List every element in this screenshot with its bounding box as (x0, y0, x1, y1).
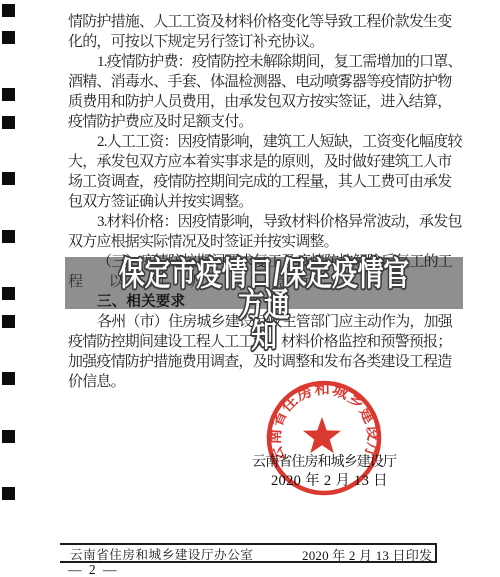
body-line: 加强疫情防护措施费用调查，及时调整和发布各类建设工程造 (68, 352, 458, 372)
watermark-line-2: 知 (109, 320, 419, 351)
scan-artifact-mark (2, 172, 15, 185)
body-line: 3.材料价格：因疫情影响，导致材料价格异常波动，承发包 (68, 212, 458, 232)
body-line: 质费用和防护人员费用，由承发包双方按实签证，进入结算， (68, 92, 458, 112)
scan-artifact-mark (2, 372, 15, 385)
body-line: 场工资调查，疫情防控期间完成的工程量，其人工费可由承发 (68, 172, 458, 192)
scan-artifact-mark (2, 287, 15, 300)
page-number: — 2 — (68, 562, 119, 577)
body-line: 疫情防护费应及时足额支付。 (68, 112, 458, 132)
body-line: 双方应根据实际情况及时签证并按实调整。 (68, 232, 458, 252)
body-line: 1.疫情防护费：疫情防控未解除期间，复工需增加的口罩、 (68, 52, 458, 72)
scan-artifact-mark (2, 88, 15, 101)
scan-artifact-mark (2, 315, 15, 328)
scanned-document-page: 情防护措施、人工工资及材料价格变化等导致工程价款发生变化的，可按以下规定另行签订… (0, 0, 500, 577)
body-line: 情防护措施、人工工资及材料价格变化等导致工程价款发生变 (68, 12, 458, 32)
scan-artifact-mark (2, 430, 15, 443)
star-icon (303, 417, 341, 453)
footer-rule-right-tick (435, 543, 437, 562)
body-line: 化的，可按以下规定另行签订补充协议。 (68, 32, 458, 52)
watermark-line-1: 保定市疫情日/保定疫情官方通 (109, 258, 419, 320)
body-line: 大，承发包双方应本着实事求是的原则，及时做好建筑工人市 (68, 152, 458, 172)
watermark-overlay: 保定市疫情日/保定疫情官方通 知 (109, 258, 419, 351)
body-line: 酒精、消毒水、手套、体温检测器、电动喷雾器等疫情防护物 (68, 72, 458, 92)
scan-artifact-mark (2, 230, 15, 243)
body-line: 2.人工工资：因疫情影响，建筑工人短缺，工资变化幅度较 (68, 132, 458, 152)
scan-artifact-mark (2, 4, 15, 17)
scan-artifact-mark (2, 116, 15, 129)
footer-print-date: 2020 年 2 月 13 日印发 (302, 545, 432, 564)
scan-artifact-mark (2, 31, 15, 44)
footer-issuer: 云南省住房和城乡建设厅办公室 (70, 545, 253, 563)
official-seal: 云南省住房和城乡建设厅 (255, 372, 395, 504)
body-line: 包双方签证确认并按实调整。 (68, 192, 458, 212)
scan-artifact-mark (2, 487, 15, 500)
